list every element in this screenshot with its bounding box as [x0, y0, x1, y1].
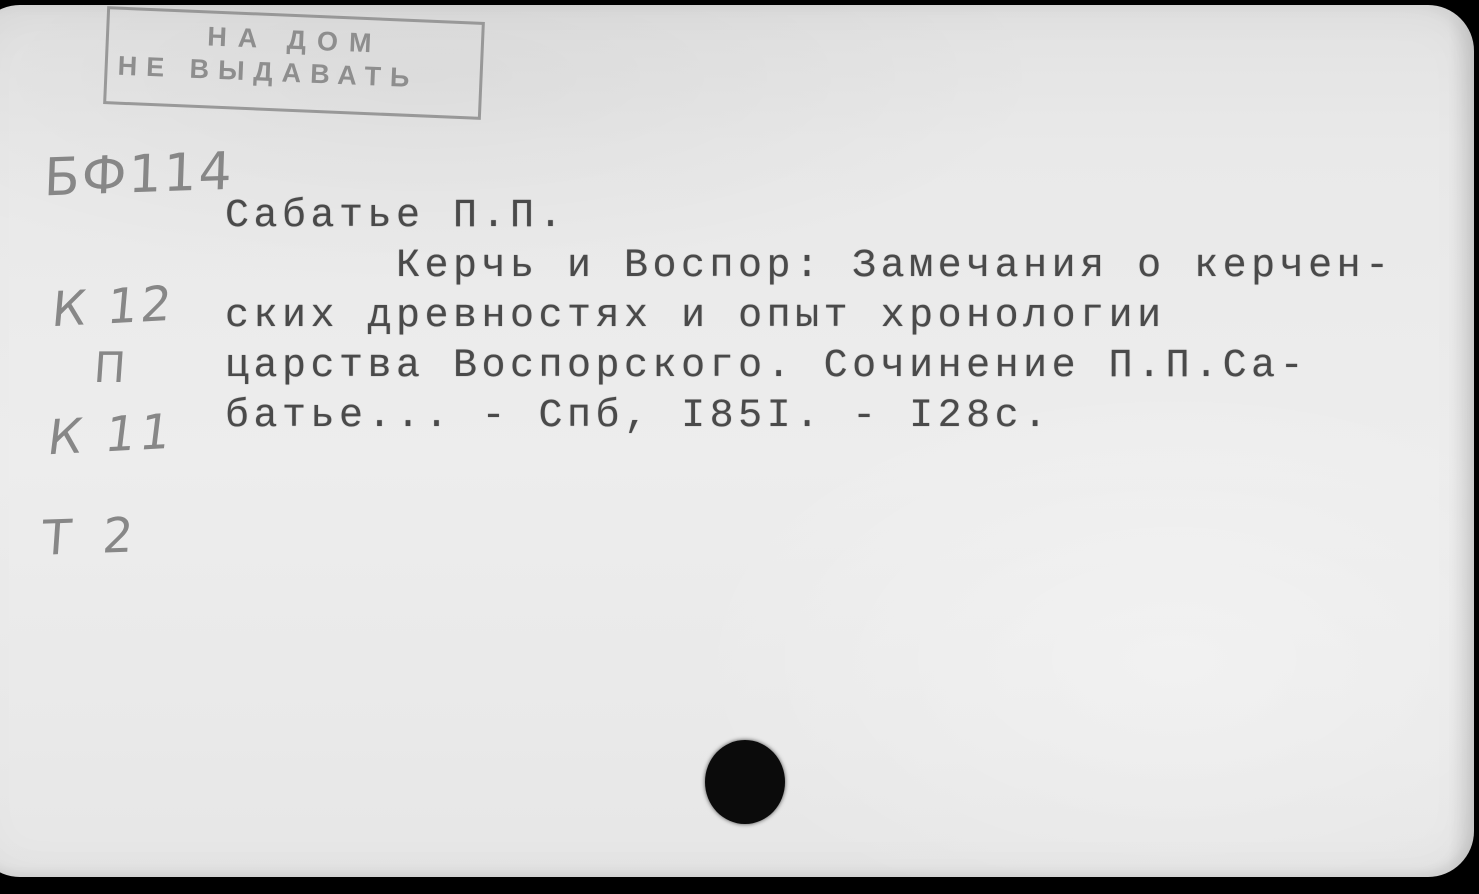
entry-title-line-1: Керчь и Воспор: Замечания о керчен-	[225, 242, 1394, 292]
no-home-lending-stamp: НА ДОМ НЕ ВЫДАВАТЬ	[103, 6, 485, 120]
entry-author-line: Сабатье П.П.	[225, 192, 1394, 242]
call-number-k11: К 11	[45, 408, 177, 463]
entry-title-line-2: ских древностях и опыт хронологии	[225, 292, 1394, 342]
catalog-entry-text: Сабатье П.П. Керчь и Воспор: Замечания о…	[225, 192, 1394, 442]
entry-imprint-line: батье... - Спб, I85I. - I28с.	[225, 392, 1394, 442]
call-number-t2: Т 2	[40, 511, 142, 563]
entry-title-line-3: царства Воспорского. Сочинение П.П.Са-	[225, 342, 1394, 392]
call-number-p: П	[93, 347, 128, 389]
card-edge-shadow	[1448, 5, 1474, 877]
call-number-shelf: БФ114	[43, 146, 234, 205]
call-number-k12: К 12	[50, 280, 176, 335]
punch-hole	[705, 740, 785, 824]
catalog-card: НА ДОМ НЕ ВЫДАВАТЬ БФ114 К 12 П К 11 Т 2…	[0, 5, 1474, 877]
